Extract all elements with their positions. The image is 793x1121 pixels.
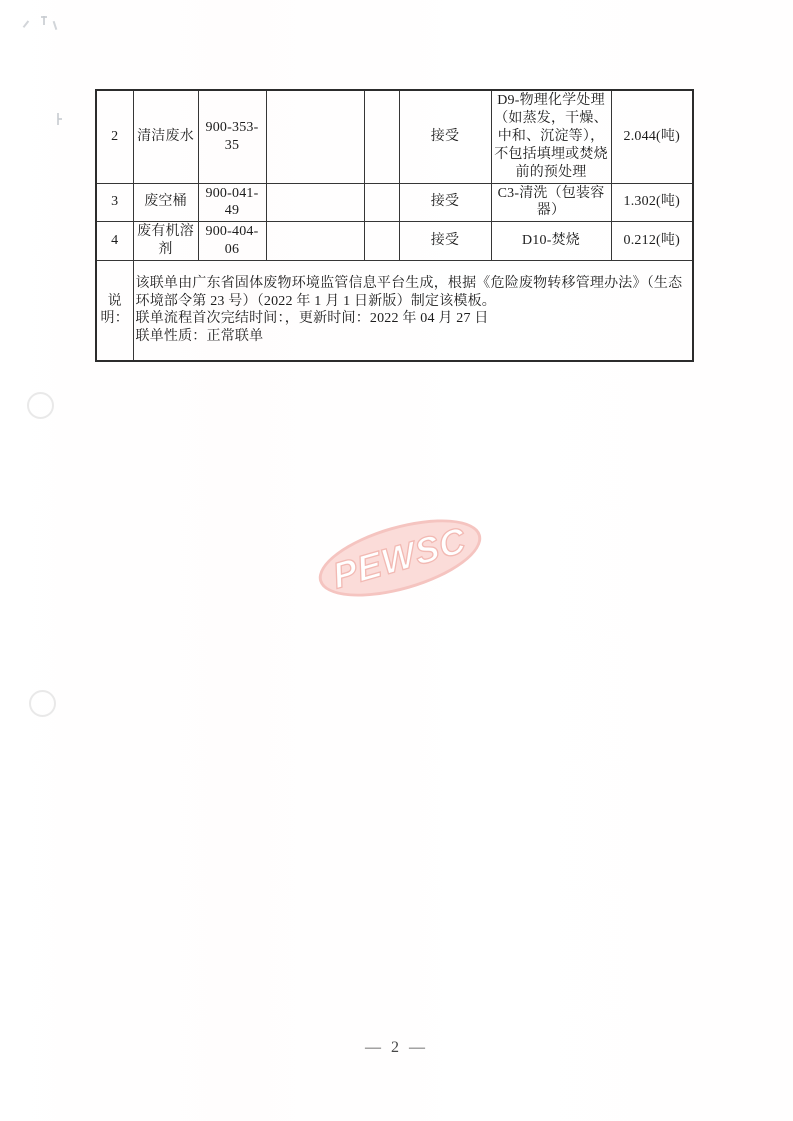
table-row: 4 废有机溶剂 900-404-06 接受 D10-焚烧 0.212(吨) (96, 222, 693, 261)
stamp-text: PEWSC (329, 519, 470, 598)
cell-waste-name: 清洁废水 (133, 90, 198, 183)
cell-disposal-method: D9-物理化学处理（如蒸发，干燥、中和、沉淀等），不包括填埋或焚烧前的预处理 (491, 90, 611, 183)
pencil-mark (53, 21, 57, 30)
cell-waste-name: 废空桶 (133, 183, 198, 222)
cell-seq-no: 4 (96, 222, 133, 261)
note-label-line: 明： (99, 310, 131, 328)
cell-waste-code: 900-041-49 (198, 183, 266, 222)
table-note-row: 说 明： 该联单由广东省固体废物环境监管信息平台生成，根据《危险废物转移管理办法… (96, 261, 693, 361)
scanned-document-page: 2 清洁废水 900-353-35 接受 D9-物理化学处理（如蒸发，干燥、中和… (0, 0, 793, 1121)
cell-disposal-method: C3-清洗（包装容器） (491, 183, 611, 222)
cell-accept-status: 接受 (399, 90, 491, 183)
note-text-manifest-nature: 联单性质：正常联单 (136, 328, 691, 346)
cell-blank-wide (266, 222, 364, 261)
cell-waste-code: 900-404-06 (198, 222, 266, 261)
cell-seq-no: 3 (96, 183, 133, 222)
cell-blank-narrow (364, 183, 399, 222)
pewsc-stamp-watermark: PEWSC (314, 512, 486, 604)
cell-blank-narrow (364, 222, 399, 261)
cell-blank-narrow (364, 90, 399, 183)
stamp-oval: PEWSC (310, 504, 489, 612)
table-row: 3 废空桶 900-041-49 接受 C3-清洗（包装容器） 1.302(吨) (96, 183, 693, 222)
punch-hole-mark (27, 392, 54, 419)
note-label-line: 说 (99, 293, 131, 311)
cell-blank-wide (266, 90, 364, 183)
cell-accept-status: 接受 (399, 222, 491, 261)
note-text-generated-by: 该联单由广东省固体废物环境监管信息平台生成，根据《危险废物转移管理办法》（生态环… (136, 275, 691, 311)
cell-accept-status: 接受 (399, 183, 491, 222)
punch-hole-mark (29, 690, 56, 717)
cell-seq-no: 2 (96, 90, 133, 183)
waste-manifest-table: 2 清洁废水 900-353-35 接受 D9-物理化学处理（如蒸发，干燥、中和… (95, 89, 694, 362)
cell-amount: 1.302(吨) (611, 183, 693, 222)
cell-waste-name: 废有机溶剂 (133, 222, 198, 261)
page-number: — 2 — (0, 1039, 793, 1057)
cell-waste-code: 900-353-35 (198, 90, 266, 183)
cell-blank-wide (266, 183, 364, 222)
pencil-mark (23, 20, 29, 27)
cell-disposal-method: D10-焚烧 (491, 222, 611, 261)
note-content: 该联单由广东省固体废物环境监管信息平台生成，根据《危险废物转移管理办法》（生态环… (133, 261, 693, 361)
pencil-mark (43, 16, 45, 25)
cell-amount: 2.044(吨) (611, 90, 693, 183)
note-text-completion-time: 联单流程首次完结时间：，更新时间：2022 年 04 月 27 日 (136, 310, 691, 328)
pencil-mark (58, 118, 62, 120)
cell-amount: 0.212(吨) (611, 222, 693, 261)
table-row: 2 清洁废水 900-353-35 接受 D9-物理化学处理（如蒸发，干燥、中和… (96, 90, 693, 183)
note-label: 说 明： (96, 261, 133, 361)
